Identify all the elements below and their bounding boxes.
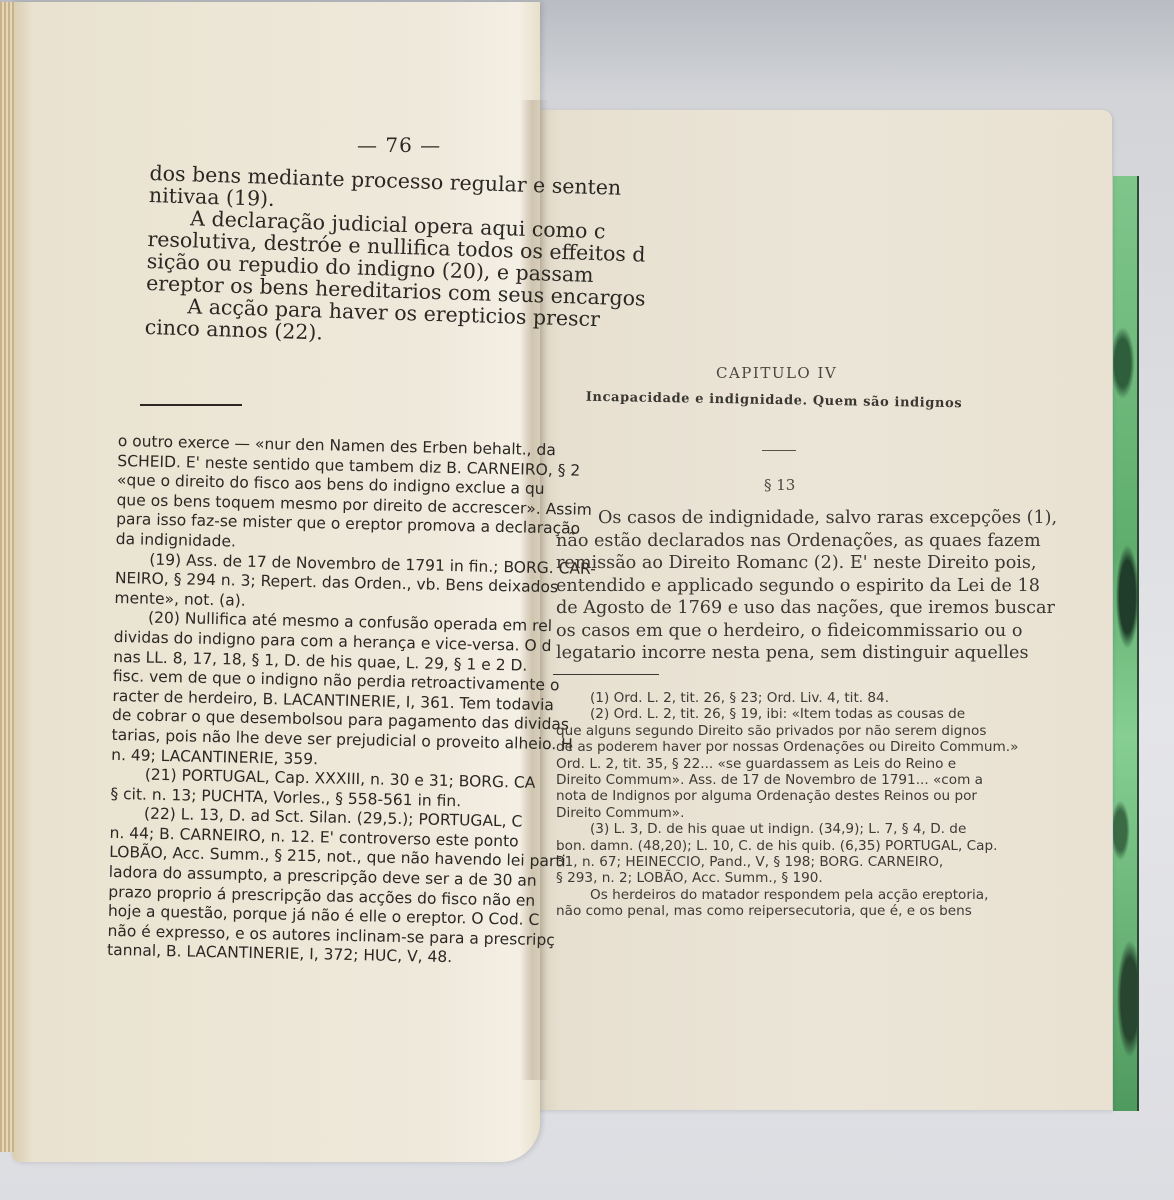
body-line: os casos em que o herdeiro, o fideicommi… [556,620,1057,643]
footnote-line: (1) Ord. L. 2, tit. 26, § 23; Ord. Liv. … [556,690,1018,706]
footnote-line: Direito Commum». Ass. de 17 de Novembro … [556,772,1018,788]
footnote-line: de as poderem haver por nossas Ordenaçõe… [556,739,1018,755]
footnote-line: não como penal, mas como reipersecutoria… [556,903,1018,919]
body-line: remissão ao Direito Romanc (2). E' neste… [556,552,1057,575]
body-line: Os casos de indignidade, salvo raras exc… [556,507,1057,530]
footnote-line: § 293, n. 2; LOBÃO, Acc. Summ., § 190. [556,870,1018,886]
book-photo: — 76 — dos bens mediante processo regula… [0,0,1174,1200]
section-number: § 13 [764,476,795,494]
page-edges [0,2,14,1152]
page-number: — 76 — [357,133,441,157]
footnote-line: (3) L. 3, D. de his quae ut indign. (34,… [556,821,1018,837]
footnote-line: Direito Commum». [556,805,1018,821]
footnote-line: bon. damn. (48,20); L. 10, C. de his qui… [556,838,1018,854]
chapter-heading: CAPITULO IV [716,364,837,382]
left-body-text: dos bens mediante processo regular e sen… [144,162,649,354]
footnote-line: Ord. L. 2, tit. 35, § 22... «se guardass… [556,756,1018,772]
right-footnotes: (1) Ord. L. 2, tit. 26, § 23; Ord. Liv. … [556,690,1018,920]
left-footnotes: o outro exerce — «nur den Namen des Erbe… [107,432,599,971]
right-body-text: Os casos de indignidade, salvo raras exc… [556,507,1057,665]
body-line: legatario incorre nesta pena, sem distin… [556,642,1057,665]
footnote-line: 31, n. 67; HEINECCIO, Pand., V, § 198; B… [556,854,1018,870]
body-line: não estão declarados nas Ordenações, as … [556,530,1057,553]
body-line: entendido e applicado segundo o espirito… [556,575,1057,598]
footnote-line: (2) Ord. L. 2, tit. 26, § 19, ibi: «Item… [556,706,1018,722]
footnote-divider [140,404,242,406]
heading-divider [762,450,796,451]
footnote-divider [553,674,659,675]
footnote-line: Os herdeiros do matador respondem pela a… [556,887,1018,903]
footnote-line: nota de Indignos por alguma Ordenação de… [556,788,1018,804]
marbled-green-cover [1113,176,1139,1111]
body-line: de Agosto de 1769 e uso das nações, que … [556,597,1057,620]
footnote-line: que alguns segundo Direito são privados … [556,723,1018,739]
